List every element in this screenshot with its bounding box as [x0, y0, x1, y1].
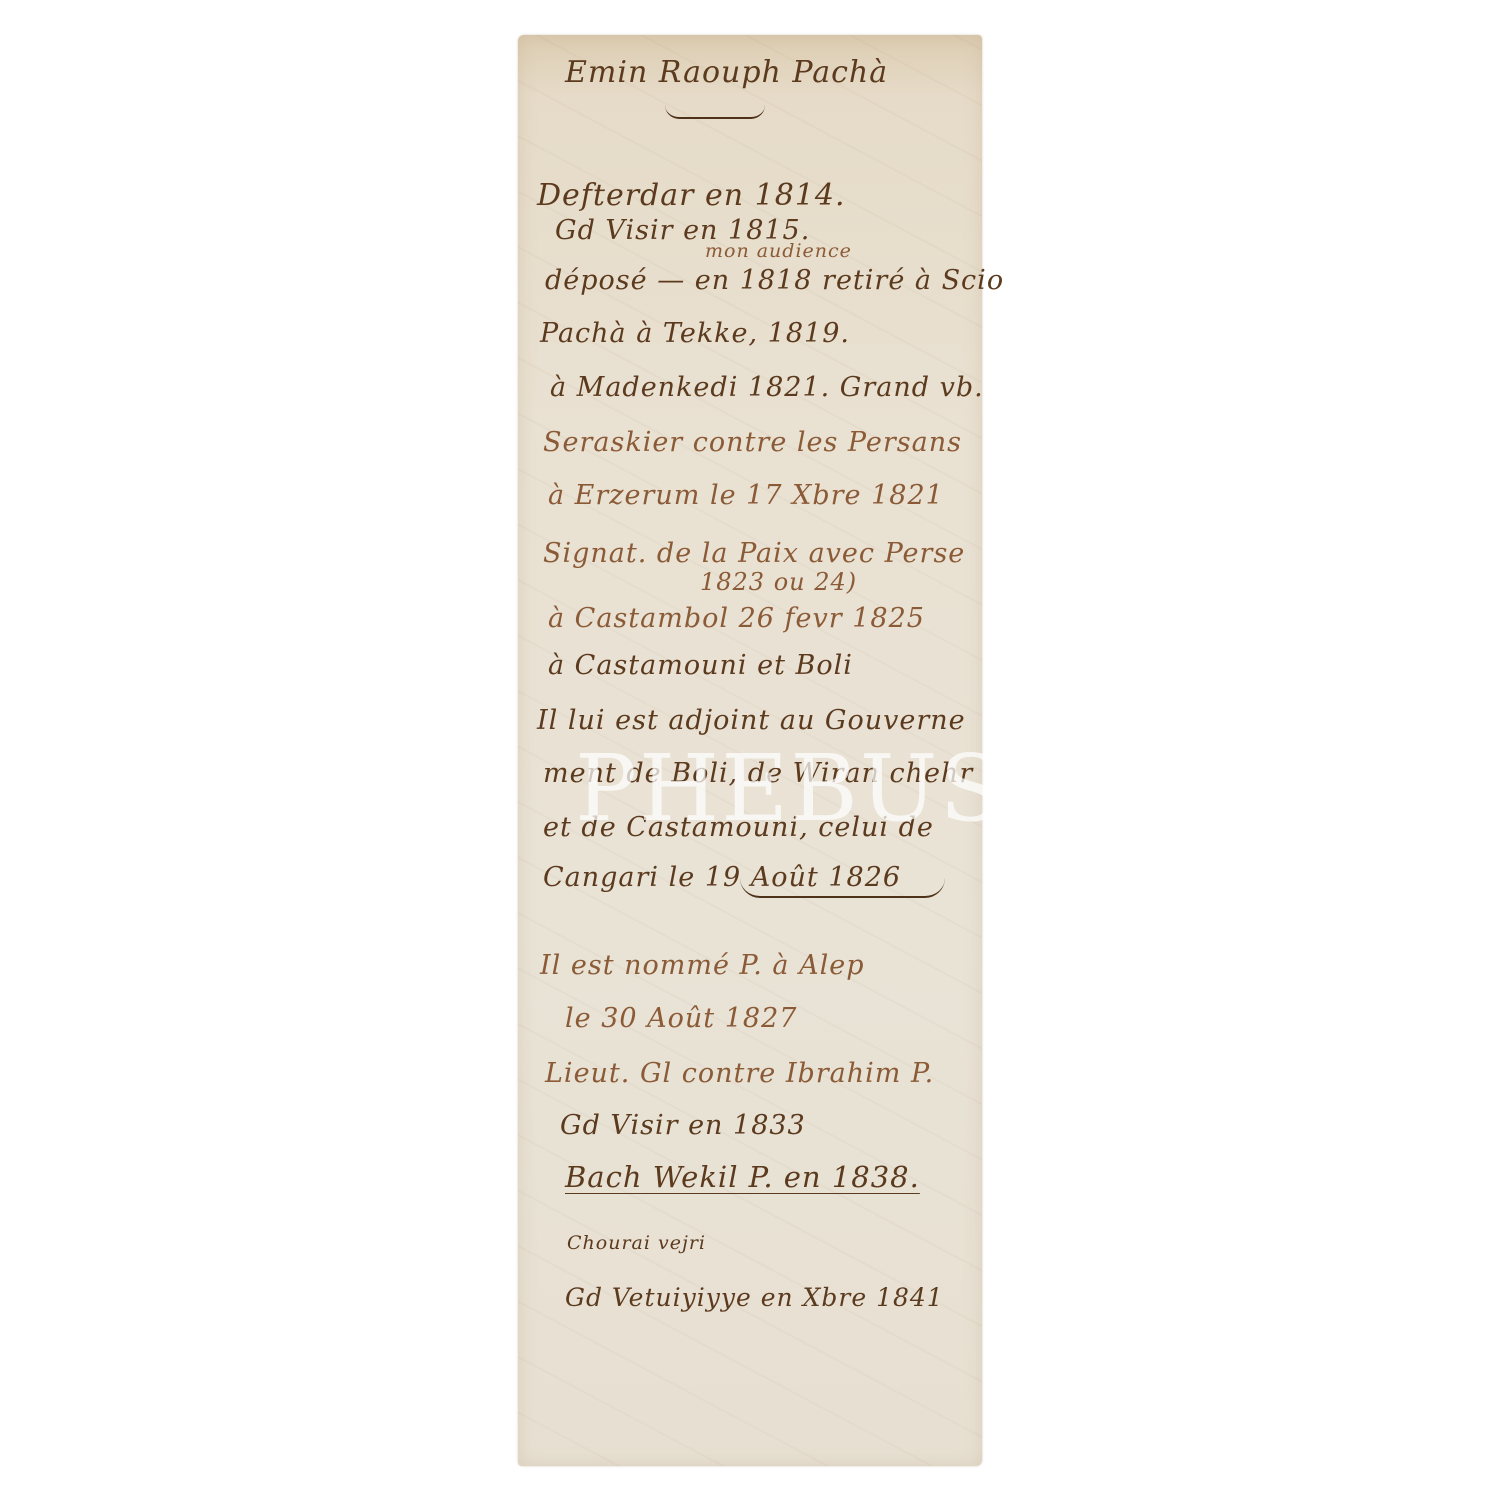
- entry-alep-appointment: Il est nommé P. à Alep: [540, 950, 865, 981]
- document-title: Emin Raouph Pachà: [565, 55, 888, 90]
- entry-divider-flourish: [740, 878, 945, 898]
- entry-audience-note: mon audience: [705, 240, 852, 262]
- entry-tekke-1819: Pachà à Tekke, 1819.: [540, 318, 850, 349]
- entry-erzerum-1821: à Erzerum le 17 Xbre 1821: [548, 480, 944, 511]
- entry-bach-wekil-1838: Bach Wekil P. en 1838.: [565, 1160, 920, 1194]
- entry-depose-1818: déposé — en 1818 retiré à Scio: [545, 265, 1004, 296]
- title-flourish: [665, 105, 765, 119]
- entry-governorship-1: Il lui est adjoint au Gouverne: [537, 705, 966, 736]
- entry-grand-vizier-1833: Gd Visir en 1833: [560, 1110, 806, 1141]
- entry-governorship-3: et de Castamouni, celui de: [543, 812, 934, 843]
- entry-1823-or-24: 1823 ou 24): [700, 568, 857, 596]
- entry-castambol-1825: à Castambol 26 fevr 1825: [548, 603, 925, 634]
- entry-governorship-2: ment de Boli, de Wiran chehr: [543, 758, 973, 789]
- entry-chourai-vejri: Chourai vejri: [567, 1232, 706, 1254]
- entry-madenkedi-1821: à Madenkedi 1821. Grand vb.: [550, 372, 984, 403]
- entry-lieutenant-general: Lieut. Gl contre Ibrahim P.: [545, 1058, 934, 1089]
- entry-castamouni-boli: à Castamouni et Boli: [548, 650, 853, 681]
- entry-defterdar: Defterdar en 1814.: [537, 178, 846, 213]
- entry-alep-date: le 30 Août 1827: [565, 1003, 797, 1034]
- entry-peace-treaty: Signat. de la Paix avec Perse: [543, 538, 965, 569]
- entry-final-1841: Gd Vetuiyiyye en Xbre 1841: [565, 1283, 944, 1312]
- entry-seraskier: Seraskier contre les Persans: [543, 427, 962, 458]
